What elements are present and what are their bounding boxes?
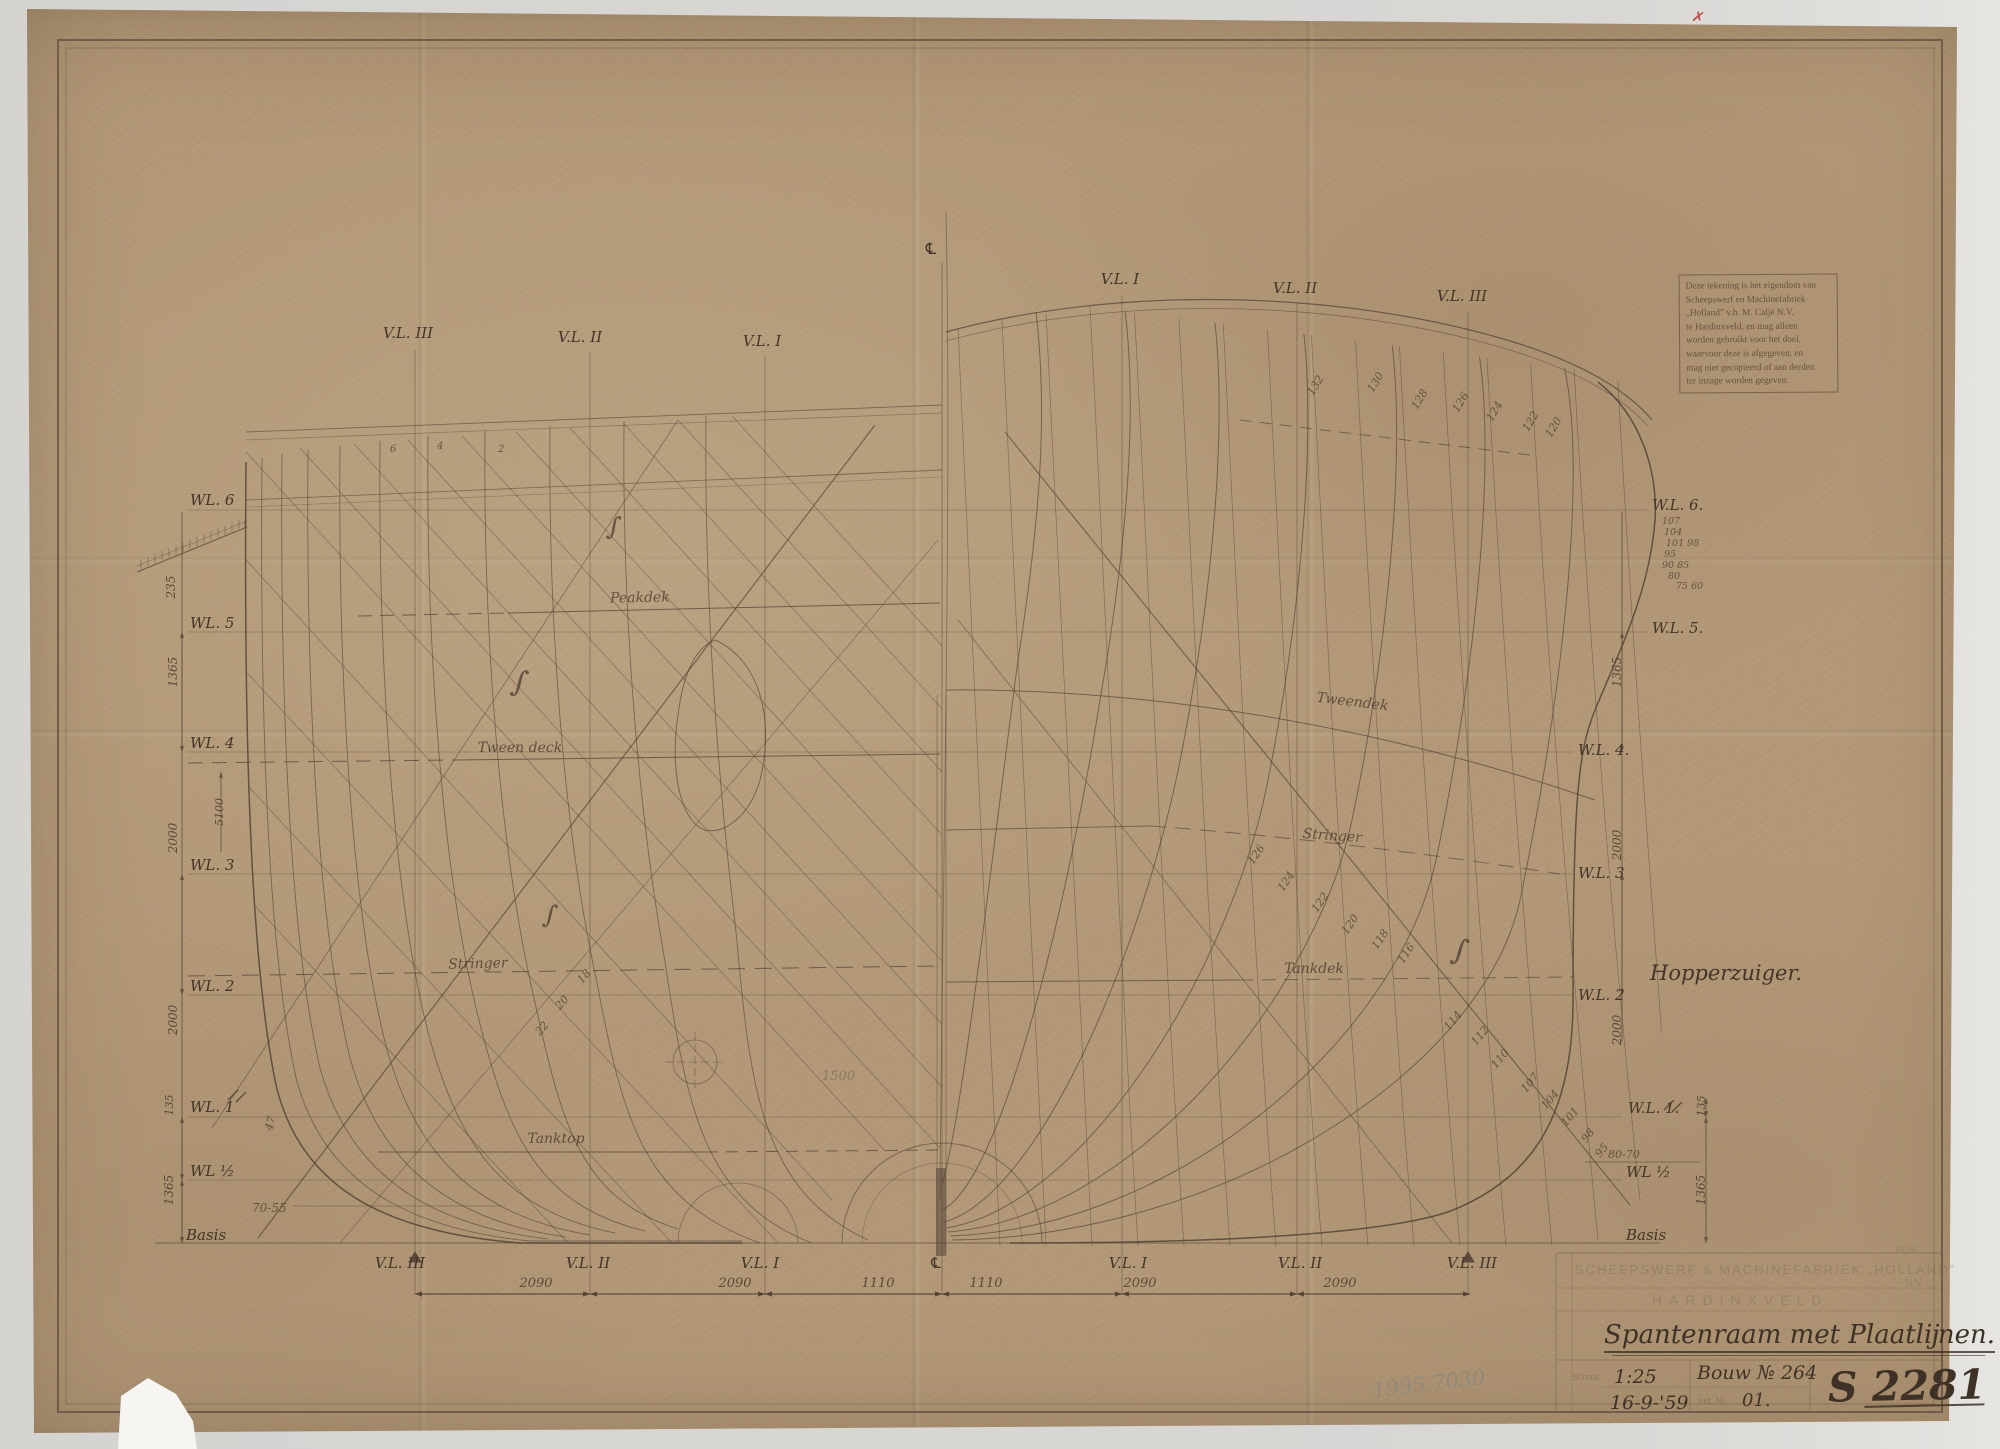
stamp-line: Deze tekening is het eigendom van <box>1686 279 1833 294</box>
centerline-symbol-top: ℄ <box>925 239 937 258</box>
fairing-mark: ∫ <box>1448 932 1472 970</box>
wl-left-6: WL. 6 <box>190 491 235 509</box>
vertical-label-top-left-3: V.L. III <box>383 324 434 342</box>
tween-deck-label: Tween deck <box>478 740 562 756</box>
wl6-frame-stack: 104 <box>1664 527 1682 538</box>
plate-num: 130 <box>1365 370 1387 395</box>
vertical-label-top-right-3: V.L. III <box>1437 287 1488 305</box>
dim-span-5: 2090 <box>1122 1276 1156 1291</box>
wl-right-3: W.L. 3 <box>1578 864 1625 882</box>
dim-span-4: 1110 <box>969 1276 1002 1291</box>
plate-num: 124 <box>1484 399 1506 424</box>
drawing-scale: 1:25 <box>1614 1366 1657 1388</box>
plate-num: 110 <box>1488 1046 1511 1070</box>
vertical-label-bottom-6: V.L. II <box>1278 1254 1323 1272</box>
dim-right-1365b: 1365 <box>1694 1175 1708 1206</box>
tanktop-label: Tanktop <box>527 1131 584 1147</box>
wl-right-2: W.L. 2 <box>1578 986 1625 1004</box>
dim-left-135: 135 <box>163 1095 176 1116</box>
plate-num: 122 <box>1520 409 1542 434</box>
vertical-label-bottom-7: V.L. III <box>1447 1254 1498 1272</box>
plate-num: 18 <box>575 967 594 986</box>
wl6-frame-stack: 95 <box>1664 549 1676 560</box>
stamp-line: ter inzage worden gegeven. <box>1686 375 1833 390</box>
ghost-city: HARDINXVELD <box>1652 1292 1829 1308</box>
annotation-layer: V.L. III V.L. II V.L. I V.L. I V.L. II V… <box>0 0 2000 1449</box>
plate-num: 118 <box>1369 927 1392 952</box>
frame-num-47: 47 <box>262 1115 278 1133</box>
baseline-label-left: Basis <box>185 1226 226 1244</box>
wl-right-1: W.L. 1. <box>1628 1099 1679 1117</box>
plate-num: 128 <box>1409 387 1431 412</box>
wl6-frame-stack: 107 <box>1662 516 1681 527</box>
plate-num: 98 <box>1578 1126 1597 1145</box>
wl-left-1: WL. 1 <box>190 1098 234 1116</box>
dim-left-1365a: 1365 <box>166 657 180 688</box>
stamp-line: Scheepswerf en Machinefabriek <box>1686 293 1833 308</box>
plate-num: 126 <box>1450 390 1472 415</box>
dim-left-2000b: 2000 <box>166 1004 180 1036</box>
stamp-line: worden gebruikt voor het doel, <box>1686 334 1833 349</box>
stringer-right-label: Stringer <box>1302 826 1364 846</box>
wl-right-5: W.L. 5. <box>1652 619 1703 637</box>
dim-right-2000b: 2000 <box>1610 1014 1624 1046</box>
drawing-title: Spantenraam met Plaatlĳnen. <box>1604 1320 1995 1353</box>
plate-num: 132 <box>1305 373 1327 398</box>
vertical-label-top-left-1: V.L. I <box>743 332 782 350</box>
vertical-label-bottom-5: V.L. I <box>1109 1254 1148 1272</box>
stamp-line: mag niet gecopieerd of aan derden <box>1686 361 1833 376</box>
dim-right-1365a: 1365 <box>1610 657 1624 688</box>
vertical-label-bottom-1: V.L. III <box>375 1254 426 1272</box>
tweendek-right-label: Tweendek <box>1316 690 1390 715</box>
dim-left-235: 235 <box>164 576 178 600</box>
scale-print-label: Schaal <box>1572 1372 1600 1382</box>
scanned-drawing-scene: V.L. III V.L. II V.L. I V.L. I V.L. II V… <box>0 0 2000 1449</box>
dim-span-6: 2090 <box>1322 1276 1356 1291</box>
stringer-left-label: Stringer <box>448 955 509 973</box>
wl-right-half: WL ½ <box>1626 1163 1671 1181</box>
pencil-1500: 1500 <box>822 1069 855 1084</box>
ownership-stamp: Deze tekening is het eigendom van Scheep… <box>1679 273 1839 393</box>
stamp-line: „Holland” v.h. M. Caljé N.V. <box>1686 307 1833 322</box>
dim-left-1365b: 1365 <box>162 1175 176 1206</box>
dim-left-2000a: 2000 <box>166 822 180 854</box>
plate-num: 101 <box>1558 1104 1581 1128</box>
wl-left-half: WL ½ <box>190 1162 235 1180</box>
wl-left-2: WL. 2 <box>190 977 234 995</box>
plate-num: 120 <box>1543 415 1565 440</box>
centerline-symbol-bottom: ℄ <box>930 1254 941 1272</box>
ind-print-label: Ind. № <box>1698 1396 1725 1406</box>
stamp-line: te Hardinxveld, en mag alleen <box>1686 320 1833 335</box>
plate-num: 120 <box>1339 912 1362 937</box>
wl-left-4: WL. 4 <box>190 734 234 752</box>
wl-right-4: W.L. 4. <box>1578 741 1629 759</box>
wl6-frame-stack: 75 60 <box>1676 581 1703 592</box>
wl6-frame-stack: 90 85 <box>1662 560 1689 571</box>
wl-right-6: W.L. 6. <box>1652 496 1703 514</box>
drawing-date: 16-9-'59 <box>1610 1392 1689 1414</box>
vertical-label-bottom-3: V.L. I <box>741 1254 780 1272</box>
plate-num: 104 <box>1538 1087 1561 1111</box>
wl-left-5: WL. 5 <box>190 614 234 632</box>
plate-num: 112 <box>1468 1023 1491 1047</box>
ghost-king: KING <box>1896 1244 1918 1254</box>
baseline-label-right: Basis <box>1625 1226 1666 1244</box>
fairing-mark: ∫ <box>541 899 560 931</box>
plate-num: 124 <box>1275 869 1298 894</box>
dim-span-3: 1110 <box>861 1276 894 1291</box>
vertical-label-top-left-2: V.L. II <box>558 328 603 346</box>
frame-range-70-55: 70-55 <box>252 1201 287 1215</box>
sheet-number: 01. <box>1742 1390 1771 1411</box>
plate-num: 107 <box>1518 1070 1541 1094</box>
wl6-frame-stack: 101 98 <box>1666 538 1699 549</box>
plate-num: 22 <box>532 1019 552 1039</box>
peakdek-label: Peakdek <box>609 589 670 606</box>
vertical-label-top-right-1: V.L. I <box>1101 270 1140 288</box>
frame-range-80-70: 80-70 <box>1608 1148 1640 1161</box>
fairing-mark: ∫ <box>508 664 531 701</box>
fairing-mark: ∫ <box>605 511 623 543</box>
build-number: Bouw № 264 <box>1697 1362 1817 1384</box>
plate-num: 6 <box>390 444 397 455</box>
ghost-company-stamp: SCHEEPSWERF & MACHINEFABRIEK „HOLLAND” <box>1575 1262 1945 1277</box>
plate-num: 2 <box>497 444 504 455</box>
drawing-number: S 2281 <box>1828 1360 1987 1411</box>
ghost-nv: N.V. <box>1905 1278 1924 1289</box>
plate-num: 4 <box>436 441 443 452</box>
vertical-label-bottom-2: V.L. II <box>566 1254 611 1272</box>
plate-num: 126 <box>1245 842 1268 867</box>
dim-right-2000a: 2000 <box>1610 829 1624 861</box>
dim-span-1: 2090 <box>518 1276 552 1291</box>
plate-num: 114 <box>1441 1008 1464 1032</box>
plate-num: 122 <box>1309 890 1332 915</box>
dim-5100: 5100 <box>213 798 226 826</box>
dim-span-2: 2090 <box>717 1276 751 1291</box>
vertical-label-top-right-2: V.L. II <box>1273 279 1318 297</box>
stamp-line: waarvoor deze is afgegeven, en <box>1686 347 1833 362</box>
vessel-type-label: Hopperzuiger. <box>1649 961 1802 985</box>
tankdek-label: Tankdek <box>1284 961 1344 977</box>
plate-num: 20 <box>552 993 572 1013</box>
plate-num: 116 <box>1395 941 1418 966</box>
wl-left-3: WL. 3 <box>190 856 234 874</box>
dim-right-135: 135 <box>1695 1096 1708 1117</box>
